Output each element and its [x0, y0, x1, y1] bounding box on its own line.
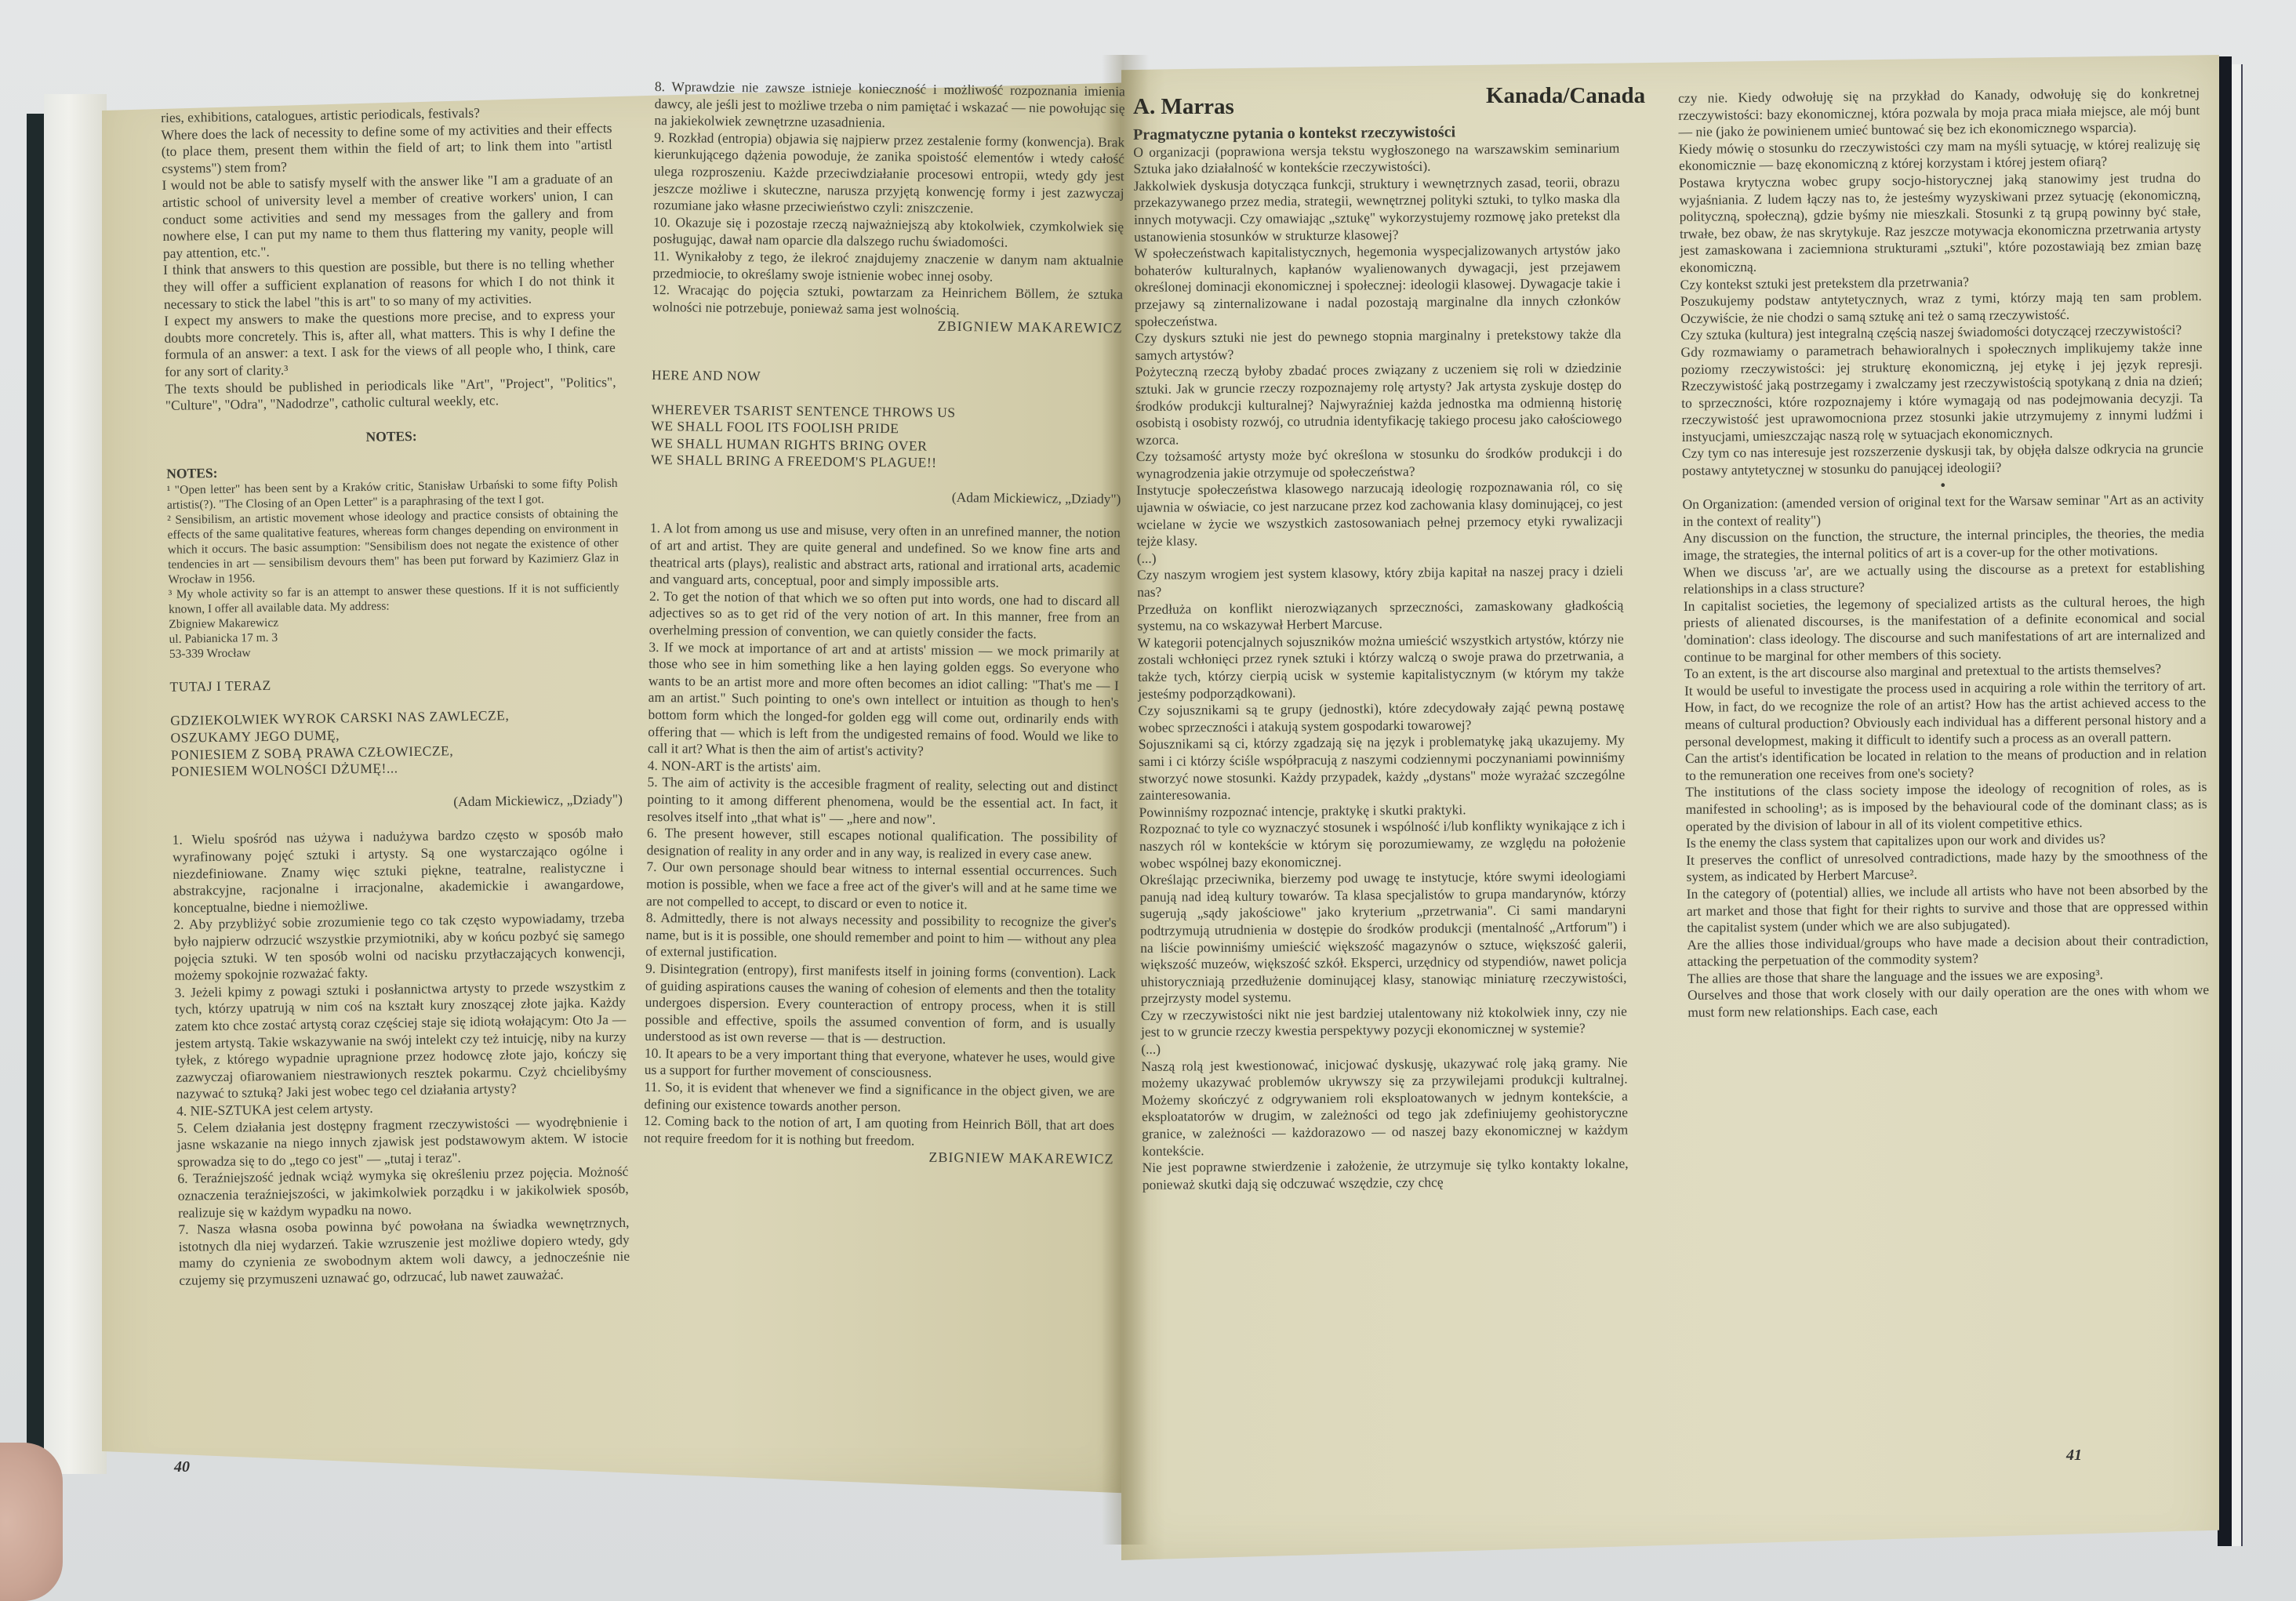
book-cover-left-edge — [27, 114, 45, 1470]
numbered-paragraph: 12. Wracając do pojęcia sztuki, powtarza… — [652, 281, 1123, 320]
paragraph: Sojusznikami są ci, którzy zgadzają się … — [1139, 732, 1626, 804]
numbered-paragraph: 12. Coming back to the notion of art, I … — [644, 1113, 1114, 1151]
numbered-paragraph: 10. Okazuje się i pozostaje rzeczą najwa… — [653, 214, 1124, 252]
paragraph: Where does the lack of necessity to defi… — [161, 120, 612, 178]
paragraph: It would be useful to investigate the pr… — [1684, 677, 2207, 750]
paragraph: Czy sojusznikami są te grupy (jednostki)… — [1138, 699, 1624, 737]
footnote: ² Sensibilism, an artistic movement whos… — [167, 506, 619, 587]
right-page-column-1: Pragmatyczne pytania o kontekst rzeczywi… — [1133, 123, 1629, 1194]
right-page-column-2: czy nie. Kiedy odwołuję się na przykład … — [1678, 85, 2209, 1022]
paragraph: It preserves the conflict of unresolved … — [1686, 847, 2207, 886]
page-number-right: 41 — [2066, 1447, 2082, 1465]
paragraph: Postawa krytyczna wobec grupy socjo-hist… — [1679, 169, 2201, 277]
paragraph: Nie jest poprawne stwierdzenie i założen… — [1142, 1156, 1628, 1194]
numbered-paragraph: 8. Admittedly, there is not always neces… — [645, 909, 1117, 965]
paragraph: I expect my answers to make the question… — [164, 306, 616, 380]
numbered-paragraph: 2. Aby przybliżyć sobie zrozumienie tego… — [173, 909, 625, 984]
left-page-column-2: 8. Wprawdzie nie zawsze istnieje koniecz… — [644, 78, 1125, 1168]
paragraph: Kiedy mówię o stosunku do rzeczywistości… — [1679, 136, 2200, 175]
paragraph: Ourselves and those that work closely wi… — [1687, 982, 2209, 1021]
paragraph: Are the allies those individual/groups w… — [1687, 931, 2208, 971]
paragraph: Any discussion on the function, the stru… — [1683, 525, 2204, 564]
numbered-paragraph: 11. So, it is evident that whenever we f… — [644, 1079, 1114, 1117]
numbered-paragraph: 1. A lot from among us use and misuse, v… — [649, 520, 1121, 593]
book-page-stack-right — [2232, 64, 2243, 1546]
paragraph: W kategorii potencjalnych sojuszników mo… — [1138, 630, 1625, 702]
numbered-paragraph: 9. Disintegration (entropy), first manif… — [645, 960, 1116, 1050]
numbered-paragraph: 5. Celem działania jest dostępny fragmen… — [176, 1113, 628, 1171]
book-page-stack-left — [44, 94, 107, 1474]
numbered-paragraph: 7. Nasza własna osoba powinna być powoła… — [178, 1214, 630, 1289]
paragraph: Czy tym co nas interesuje jest rozszerze… — [1682, 440, 2203, 479]
holding-thumb — [0, 1443, 63, 1601]
paragraph: Gdy rozmawiamy o parametrach behawioraln… — [1680, 339, 2203, 446]
paragraph: Rozpoznać to tyle co wyznaczyć stosunek … — [1139, 817, 1626, 872]
numbered-paragraph: 5. The aim of activity is the accesible … — [647, 774, 1118, 830]
numbered-paragraph: 6. Teraźniejszość jednak wciąż wymyka si… — [177, 1164, 629, 1222]
numbered-paragraph: 3. If we mock at importance of art and a… — [648, 639, 1120, 762]
paragraph: I would not be able to satisfy myself wi… — [162, 170, 614, 262]
paragraph: In capitalist societies, the legemony of… — [1684, 593, 2206, 666]
paragraph: czy nie. Kiedy odwołuję się na przykład … — [1678, 85, 2200, 141]
paragraph: Naszą rolą jest kwestionować, inicjować … — [1141, 1054, 1628, 1160]
paragraph: The institutions of the class society im… — [1685, 779, 2207, 835]
numbered-paragraph: 11. Wynikałoby z tego, że ilekroć znajdu… — [652, 248, 1123, 286]
numbered-paragraph: 8. Wprawdzie nie zawsze istnieje koniecz… — [654, 78, 1125, 134]
numbered-paragraph: 3. Jeżeli kpimy z powagi sztuki i posłan… — [175, 978, 627, 1103]
book-cover-right-edge — [2218, 56, 2232, 1546]
paragraph: W społeczeństwach kapitalistycznych, heg… — [1134, 241, 1621, 330]
paragraph: In the category of (potential) allies, w… — [1687, 880, 2209, 937]
article-country: Kanada/Canada — [1486, 83, 1645, 109]
paragraph: Czy w rzeczywistości nikt nie jest bardz… — [1141, 1003, 1627, 1041]
paragraph: On Organization: (amended version of ori… — [1682, 491, 2203, 530]
page-number-left: 40 — [174, 1458, 190, 1476]
paragraph: Can the artist's identification be locat… — [1685, 745, 2207, 784]
numbered-paragraph: 1. Wielu spośród nas używa i nadużywa ba… — [172, 825, 624, 917]
numbered-paragraph: 2. To get the notion of that which we so… — [649, 588, 1121, 644]
paragraph: Czy dyskurs sztuki nie jest do pewnego s… — [1135, 326, 1621, 365]
numbered-paragraph: 10. It apears to be a very important thi… — [645, 1045, 1115, 1084]
article-author: A. Marras — [1133, 94, 1234, 120]
paragraph: Określając przeciwnika, bierzemy pod uwa… — [1139, 868, 1626, 1007]
paragraph: Przedłuża on konflikt nierozwiązanych sp… — [1137, 597, 1623, 635]
paragraph: Pożyteczną rzeczą byłoby zbadać proces z… — [1135, 360, 1622, 448]
left-page-column-1: ries, exhibitions, catalogues, artistic … — [161, 103, 630, 1289]
article-intro: O organizacji (poprawiona wersja tekstu … — [1133, 140, 1619, 178]
paragraph: When we discuss 'ar', are we actually us… — [1683, 559, 2204, 598]
paragraph: Poszukujemy podstaw antytetycznych, wraz… — [1680, 288, 2202, 327]
paragraph: Czy tożsamość artysty może być określona… — [1136, 445, 1622, 483]
numbered-paragraph: 7. Our own personage should bear witness… — [646, 859, 1117, 914]
paragraph: Czy naszym wrogiem jest system klasowy, … — [1137, 563, 1623, 601]
numbered-paragraph: 6. The present however, still escapes no… — [647, 825, 1117, 863]
paragraph: Jakkolwiek dyskusja dotycząca funkcji, s… — [1134, 173, 1621, 245]
paragraph: I think that answers to this question ar… — [163, 255, 615, 313]
numbered-paragraph: 9. Rozkład (entropia) objawia się najpie… — [653, 129, 1124, 219]
paragraph: Instytucje społeczeństwa klasowego narzu… — [1136, 478, 1623, 550]
